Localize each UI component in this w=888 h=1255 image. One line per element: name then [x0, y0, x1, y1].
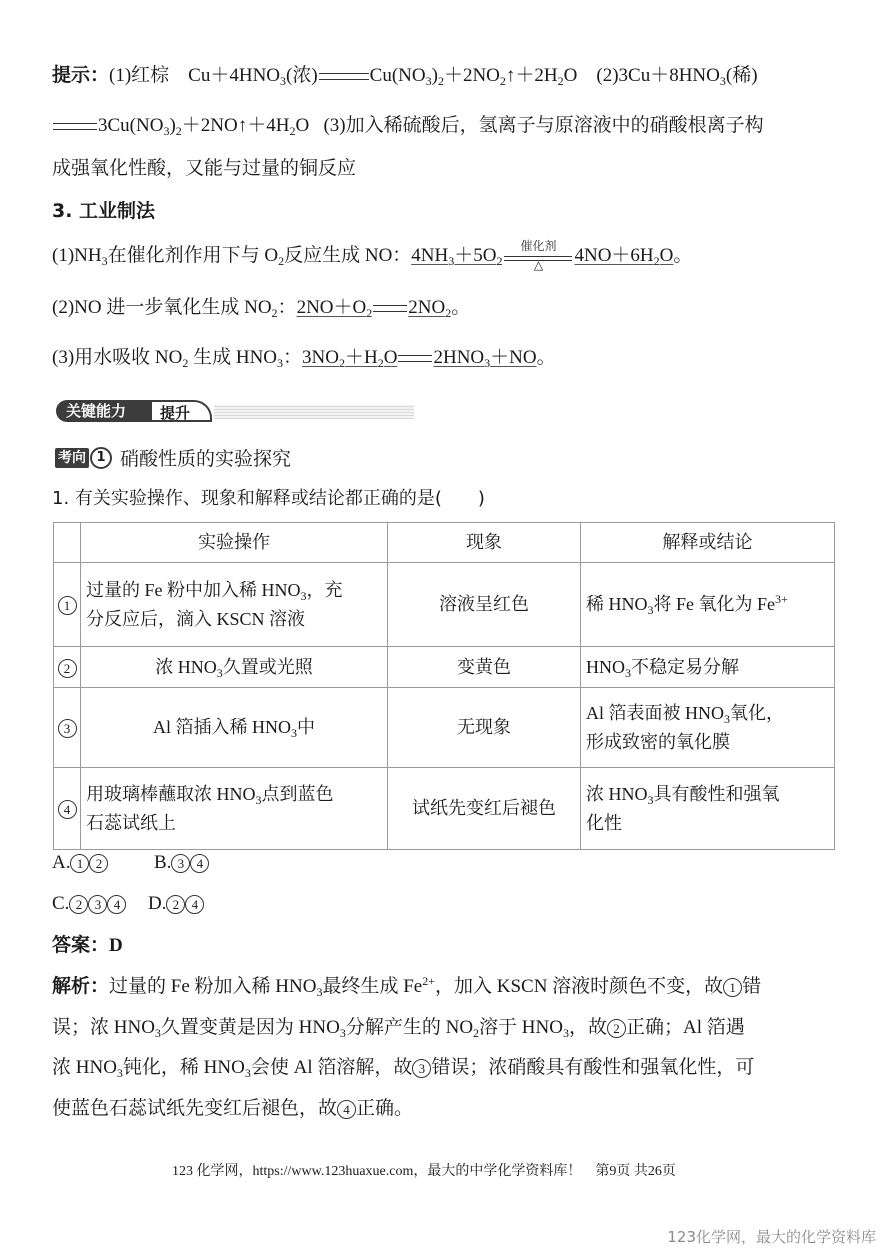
equals-sign [53, 123, 97, 130]
hint-line-3: 成强氧化性酸，又能与过量的铜反应 [52, 156, 356, 182]
equation-2-lhs: (2)3Cu＋8HNO3(稀) [596, 65, 757, 86]
topic-title: 硝酸性质的实验探究 [120, 448, 291, 470]
table-row: 4 用玻璃棒蘸取浓 HNO3点到蓝色石蕊试纸上 试纸先变红后褪色 浓 HNO3具… [54, 768, 835, 850]
banner-light-label: 提升 [152, 400, 212, 422]
circled-number-icon: 3 [58, 719, 77, 738]
hint-label: 提示： [52, 64, 109, 86]
table-row: 1 过量的 Fe 粉中加入稀 HNO3，充分反应后，滴入 KSCN 溶液 溶液呈… [54, 563, 835, 647]
circled-number-icon: 1 [58, 596, 77, 615]
topic-tag: 考向 [55, 448, 89, 468]
hint-answer-3: (3)加入稀硫酸后，氢离子与原溶液中的硝酸根离子构 [323, 115, 763, 136]
banner-dark-label: 关键能力 [56, 400, 156, 422]
topic-number-icon: 1 [90, 447, 112, 469]
watermark: 123化学网，最大的化学资料库 [667, 1226, 876, 1247]
circled-number-icon: 2 [58, 659, 77, 678]
table-header-row: 实验操作 现象 解释或结论 [54, 523, 835, 563]
section3-item-3: (3)用水吸收 NO2 生成 HNO3：3NO2＋H2O2HNO3＋NO。 [52, 345, 556, 371]
equation-1: Cu＋4HNO3(浓)Cu(NO3)2＋2NO2↑＋2H2O [188, 65, 577, 86]
topic-heading: 考向1硝酸性质的实验探究 [55, 444, 291, 468]
table-row: 3 Al 箔插入稀 HNO3中 无现象 Al 箔表面被 HNO3氧化，形成致密的… [54, 688, 835, 768]
analysis-line-4: 使蓝色石蕊试纸先变红后褪色，故4正确。 [52, 1096, 413, 1122]
section-heading: 3. 工业制法 [52, 198, 155, 224]
analysis-line-3: 浓 HNO3钝化，稀 HNO3会使 Al 箔溶解，故3错误；浓硝酸具有酸性和强氧… [52, 1055, 754, 1081]
question-stem: 1. 有关实验操作、现象和解释或结论都正确的是( ) [52, 486, 485, 512]
experiment-table: 实验操作 现象 解释或结论 1 过量的 Fe 粉中加入稀 HNO3，充分反应后，… [53, 522, 835, 850]
answer-label: 答案： [52, 934, 109, 956]
answer-line: 答案：D [52, 932, 123, 959]
hint-line-2: 3Cu(NO3)2＋2NO↑＋4H2O (3)加入稀硫酸后，氢离子与原溶液中的硝… [52, 113, 764, 139]
options-row-2: C.234 D.24 [52, 891, 204, 917]
equals-sign [319, 73, 369, 80]
equals-sign [373, 305, 407, 312]
circled-number-icon: 4 [58, 800, 77, 819]
option-a[interactable]: A.12 [52, 852, 108, 873]
analysis-line-1: 解析：过量的 Fe 粉加入稀 HNO3最终生成 Fe2+，加入 KSCN 溶液时… [52, 973, 761, 1000]
table-row: 2 浓 HNO3久置或光照 变黄色 HNO3不稳定易分解 [54, 647, 835, 688]
answer-value: D [109, 935, 123, 956]
option-b[interactable]: B.34 [154, 852, 209, 873]
option-d[interactable]: D.24 [148, 893, 204, 914]
fill-answer-3: 3NO2＋H2O [302, 347, 397, 368]
section3-item-2: (2)NO 进一步氧化生成 NO2：2NO＋O22NO2。 [52, 295, 470, 321]
header-operation: 实验操作 [81, 523, 388, 563]
option-c[interactable]: C.234 [52, 893, 126, 914]
header-conclusion: 解释或结论 [581, 523, 835, 563]
hint-answer-1: (1)红棕 [109, 65, 169, 86]
hint-line-1: 提示：(1)红棕 Cu＋4HNO3(浓)Cu(NO3)2＋2NO2↑＋2H2O … [52, 62, 758, 89]
section3-item-1: (1)NH3在催化剂作用下与 O2反应生成 NO：4NH3＋5O2催化剂△4NO… [52, 243, 692, 270]
fill-answer-2: 2NO＋O2 [297, 297, 373, 318]
header-phenomenon: 现象 [388, 523, 581, 563]
banner-stripes [214, 405, 414, 419]
reaction-condition: 催化剂△ [502, 244, 574, 270]
analysis-line-2: 误；浓 HNO3久置变黄是因为 HNO3分解产生的 NO2溶于 HNO3，故2正… [52, 1015, 745, 1041]
equals-sign [398, 355, 432, 362]
analysis-label: 解析： [52, 975, 109, 997]
fill-answer-1: 4NH3＋5O2 [411, 245, 502, 266]
section-banner: 关键能力 提升 [56, 400, 416, 424]
page-footer: 123 化学网，https://www.123huaxue.com，最大的中学化… [172, 1160, 676, 1180]
options-row-1: A.12 B.34 [52, 850, 209, 876]
